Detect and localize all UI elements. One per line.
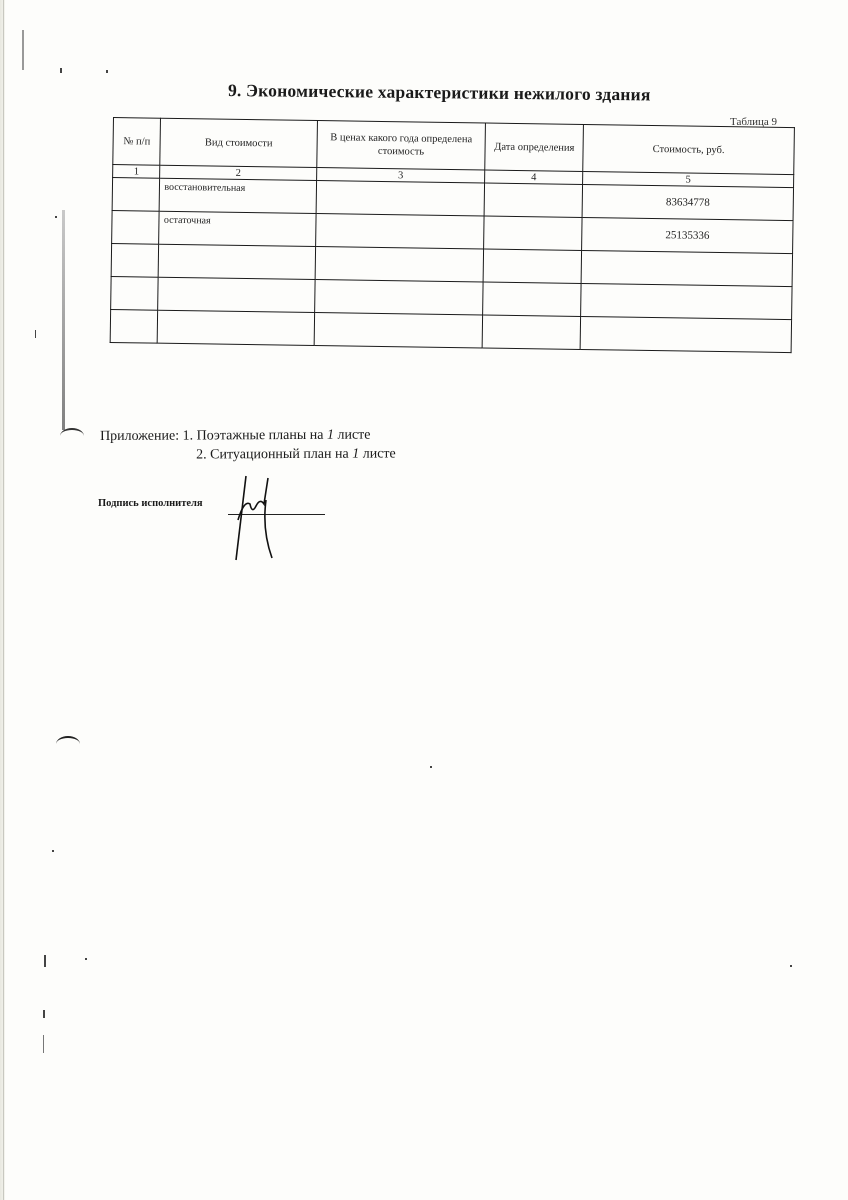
cell-cost-value: 25135336: [582, 217, 793, 253]
scan-artifact: [430, 766, 432, 768]
economic-characteristics-table: № п/п Вид стоимости В ценах какого года …: [110, 117, 795, 353]
scan-artifact: [60, 68, 62, 73]
header-date: Дата определения: [485, 123, 584, 171]
cell-price-year: [314, 313, 483, 348]
cell-cost-type: остаточная: [159, 211, 316, 246]
handwritten-signature: [228, 470, 298, 570]
cell-cost-type: восстановительная: [160, 178, 317, 213]
cell-number: [111, 276, 159, 310]
appendix-item: Приложение: 1. Поэтажные планы на 1 лист…: [100, 425, 396, 446]
scan-artifact: [52, 850, 54, 852]
cell-cost-value: [581, 250, 792, 286]
scan-artifact: [106, 70, 108, 73]
header-number: № п/п: [113, 118, 161, 166]
cell-cost-type: [158, 310, 315, 345]
scan-artifact: [43, 1035, 44, 1053]
appendix-item-text: 1. Поэтажные планы на: [183, 428, 327, 444]
cell-number: [110, 309, 158, 343]
punch-hole-mark: [60, 428, 84, 444]
cell-price-year: [316, 181, 485, 216]
binder-shadow: [62, 210, 65, 430]
cell-number: [112, 210, 160, 244]
cell-date: [484, 216, 582, 250]
header-price-year: В ценах какого года определена стоимость: [317, 121, 486, 170]
appendix-item-suffix: листе: [334, 428, 371, 443]
cell-cost-value: 83634778: [582, 184, 793, 220]
appendix-item-text: 2. Ситуационный план на: [196, 447, 352, 463]
cell-cost-value: [580, 316, 791, 352]
scan-artifact: [22, 30, 24, 70]
cell-price-year: [314, 280, 483, 315]
cell-date: [482, 315, 580, 349]
cell-price-year: [315, 247, 484, 282]
scan-edge-line: [3, 0, 4, 1200]
scan-artifact: [44, 955, 46, 967]
appendix-sheet-count: 1: [327, 428, 334, 443]
appendix-item: 2. Ситуационный план на 1 листе: [100, 444, 396, 465]
column-number: 1: [113, 165, 161, 179]
scan-artifact: [85, 958, 87, 960]
punch-hole-mark: [56, 736, 80, 752]
cell-number: [111, 243, 159, 277]
scan-artifact: [55, 216, 57, 218]
cell-date: [483, 249, 581, 283]
cell-date: [483, 282, 581, 316]
scan-artifact: [35, 330, 36, 338]
header-cost-rub: Стоимость, руб.: [583, 124, 795, 174]
section-title: 9. Экономические характеристики нежилого…: [228, 80, 651, 105]
cell-cost-type: [158, 277, 315, 312]
cell-number: [112, 178, 160, 212]
scan-artifact: [790, 965, 792, 967]
scan-artifact: [43, 1010, 45, 1018]
cell-price-year: [315, 214, 484, 249]
appendix-item-suffix: листе: [359, 446, 396, 461]
signature-label: Подпись исполнителя: [98, 498, 203, 509]
cell-cost-value: [581, 283, 792, 319]
appendix-label: Приложение:: [100, 429, 179, 444]
cell-date: [484, 183, 582, 217]
header-cost-type: Вид стоимости: [160, 118, 317, 167]
cell-cost-type: [159, 244, 316, 279]
appendix-block: Приложение: 1. Поэтажные планы на 1 лист…: [100, 425, 396, 465]
